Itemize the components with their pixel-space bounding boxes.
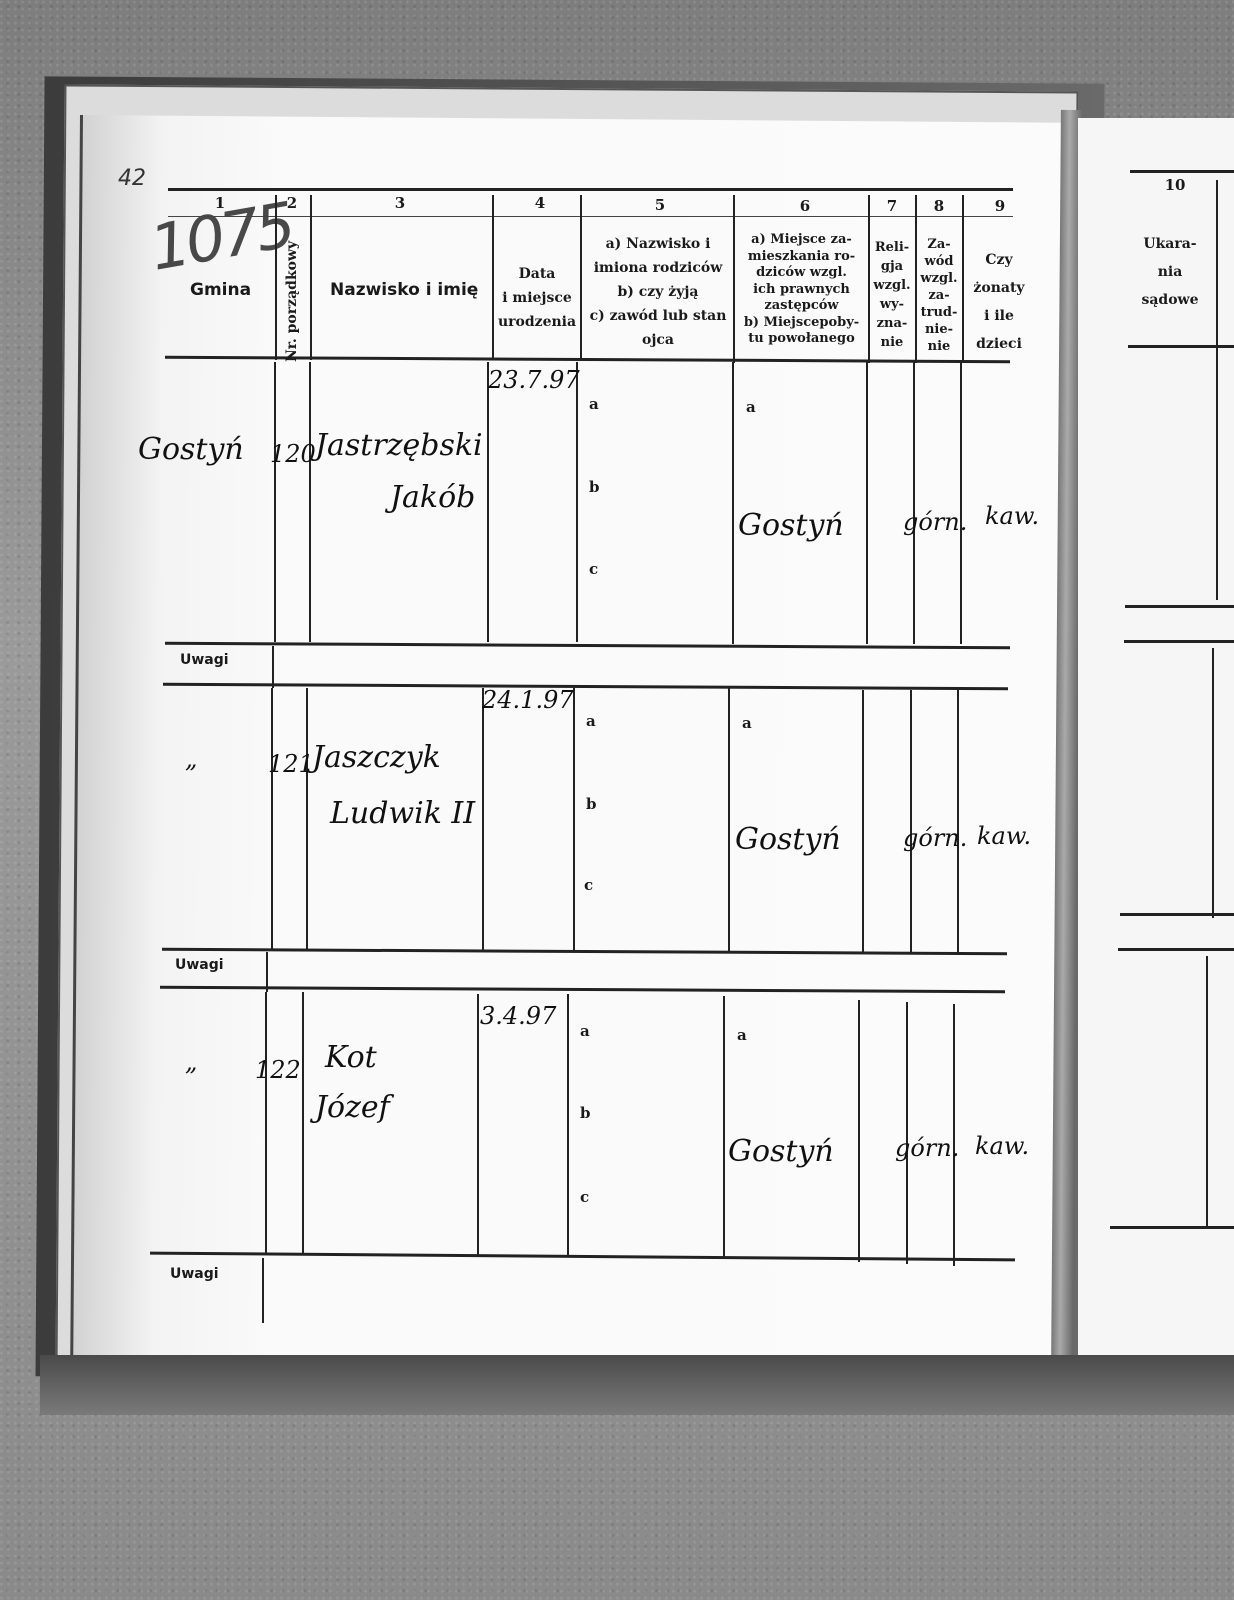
header-nazwisko-imie: Nazwisko i imię [330,280,478,300]
facing-col-divider [1212,648,1214,918]
sub-label-c: c [584,876,593,894]
header-zawod: Za- wód wzgl. za- trud- nie- nie [916,236,962,355]
sub-label-a: a [586,712,596,730]
entry-surname: Kot [325,1040,377,1075]
col-divider [477,994,479,1256]
col-divider [309,362,311,642]
entry-occupation: górn. [903,508,967,536]
column-number: 5 [650,196,670,214]
col-divider [913,362,915,644]
entry-birth-date: 24.1.97 [482,686,574,714]
entry-given-name: Jakób [390,480,475,515]
table-surface [40,1355,1234,1415]
header-rodzice: a) Nazwisko i imiona rodziców b) czy żyj… [582,232,734,352]
entry-occupation: górn. [903,824,967,852]
col-divider [310,195,312,360]
entry-marital-status: kaw. [975,1132,1029,1160]
col-divider [723,996,725,1258]
entry-residence: Gostyń [728,1134,834,1169]
header-number-rule [168,216,1013,217]
sub-label-a: a [580,1022,590,1040]
sub-label-a: a [737,1026,747,1044]
col-divider [732,362,734,644]
col-divider [487,362,489,642]
entry-occupation: górn. [895,1134,959,1162]
sub-label-c: c [580,1188,589,1206]
col-divider [906,1002,908,1264]
column-number: 2 [282,194,302,212]
col-divider [265,992,267,1254]
facing-row-rule [1110,1226,1234,1229]
column-number: 6 [795,197,815,215]
col-divider [302,992,304,1254]
column-number: 7 [882,197,902,215]
entry-surname: Jastrzębski [315,428,483,463]
col-divider [271,688,273,950]
col-divider [960,362,962,644]
col-divider [573,688,575,950]
col-divider [274,362,276,642]
facing-row-rule [1118,948,1234,951]
entry-gmina: „ [185,1048,197,1076]
remarks-divider [272,646,274,688]
entry-given-name: Ludwik II [330,796,475,831]
facing-row-rule [1124,640,1234,643]
sub-label-b: b [580,1104,591,1122]
header-nr-porzadkowy: Nr. porządkowy [284,241,300,362]
col-divider [482,688,484,950]
facing-row-rule [1120,913,1234,916]
col-divider [957,690,959,954]
facing-col-divider [1216,180,1218,600]
remarks-label: Uwagi [175,957,224,973]
entry-birth-date: 3.4.97 [480,1002,556,1030]
entry-gmina: Gostyń [138,432,244,467]
entry-gmina: „ [185,745,197,773]
entry-given-name: Józef [315,1090,390,1125]
col-divider [576,362,578,642]
column-number: 8 [929,197,949,215]
col-divider [866,362,868,644]
header-religia: Reli- gja wzgl. wy- zna- nie [869,238,915,352]
header-gmina: Gmina [190,280,251,300]
header-miejsce-zamieszkania: a) Miejsce za- mieszkania ro- dziców wzg… [735,232,868,348]
entry-residence: Gostyń [735,822,841,857]
facing-row-rule [1125,605,1234,608]
header-top-rule [168,188,1013,191]
facing-header-rule [1128,345,1234,348]
remarks-divider [262,1258,264,1323]
remarks-label: Uwagi [170,1266,219,1282]
facing-col-divider [1206,956,1208,1226]
col-divider [567,994,569,1256]
page-number: 42 [118,166,146,191]
entry-surname: Jaszczyk [312,740,441,775]
entry-marital-status: kaw. [985,502,1039,530]
entry-birth-date: 23.7.97 [488,366,580,394]
sub-label-b: b [586,795,597,813]
column-number: 10 [1160,176,1190,194]
remarks-label: Uwagi [180,652,229,668]
col-divider [728,688,730,952]
column-number: 9 [990,197,1010,215]
entry-nr: 120 [270,440,316,468]
entry-residence: Gostyń [738,508,844,543]
entry-nr: 121 [268,750,314,778]
col-divider [858,1000,860,1262]
column-number: 1 [210,194,230,212]
col-divider [862,690,864,954]
sub-label-c: c [589,560,598,578]
header-ukarania: Ukara- nia sądowe [1130,230,1210,314]
header-data-urodzenia: Data i miejsce urodzenia [494,262,580,334]
sub-label-a: a [742,714,752,732]
col-divider [910,690,912,954]
col-divider [275,195,277,360]
facing-top-rule [1130,170,1234,173]
sub-label-b: b [589,478,600,496]
column-number: 4 [530,194,550,212]
header-zonaty: Czy żonaty i ile dzieci [964,246,1034,358]
sub-label-a: a [589,395,599,413]
sub-label-a: a [746,398,756,416]
col-divider [306,688,308,950]
column-number: 3 [390,194,410,212]
entry-marital-status: kaw. [977,822,1031,850]
entry-nr: 122 [255,1056,301,1084]
